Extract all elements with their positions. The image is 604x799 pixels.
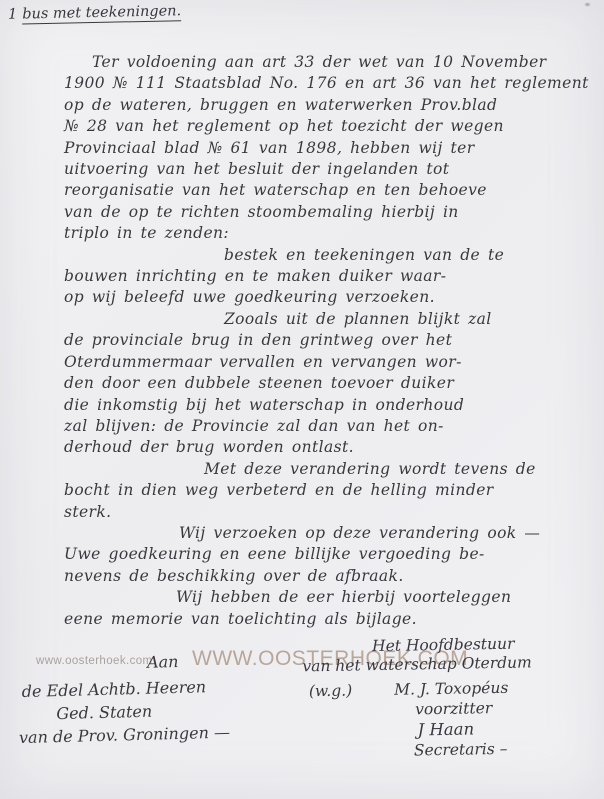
handwritten-line: Wij verzoeken op deze verandering ook —: [64, 523, 592, 544]
handwritten-line: Met deze verandering wordt tevens de: [64, 459, 592, 480]
signature-row: (w.g.) M. J. Toxopéus: [295, 677, 585, 700]
handwritten-line: Zooals uit de plannen blijkt zal: [64, 309, 592, 330]
closing-sender-line: Het Hoofdbestuur: [372, 633, 584, 655]
closing-signature-block: Het Hoofdbestuur van het waterschap Oter…: [294, 633, 586, 761]
handwritten-line: sterk.: [64, 502, 592, 523]
addressee-line: van de Prov. Groningen —: [19, 722, 259, 747]
handwritten-line: op de wateren, bruggen en waterwerken Pr…: [64, 95, 592, 116]
handwritten-line: eene memorie van toelichting als bijlage…: [64, 609, 592, 630]
handwritten-line: zal blijven: de Provincie zal dan van he…: [64, 416, 592, 437]
secretary-signature: J Haan: [417, 717, 585, 739]
handwritten-line: 1900 № 111 Staatsblad No. 176 en art 36 …: [64, 73, 592, 94]
handwritten-line: Provinciaal blad № 61 van 1898, hebben w…: [64, 138, 592, 159]
addressee-line: de Edel Achtb. Heeren: [22, 676, 258, 701]
handwritten-line: bouwen inrichting en te maken duiker waa…: [64, 266, 592, 287]
handwritten-line: bestek en teekeningen van de te: [64, 245, 592, 266]
scanned-letter-page: 1bus met teekeningen. Ter voldoening aan…: [0, 0, 604, 799]
addressee-line: Aan: [147, 650, 257, 672]
handwritten-line: den door een dubbele steenen toevoer dui…: [64, 373, 592, 394]
copy-count: 1: [8, 7, 18, 23]
handwritten-line: de provinciale brug in den grintweg over…: [64, 330, 592, 351]
handwritten-line: nevens de beschikking over de afbraak.: [64, 566, 592, 587]
handwritten-line: bocht in dien weg verbeterd en de hellin…: [64, 480, 592, 501]
handwritten-line: Uwe goedkeuring en eene billijke vergoed…: [64, 544, 592, 565]
chairman-signature: M. J. Toxopéus: [394, 679, 508, 699]
closing-sender-line: van het waterschap Oterdum: [302, 652, 584, 675]
handwritten-line: uitvoering van het besluit der ingelande…: [64, 159, 592, 180]
handwritten-line: № 28 van het reglement op het toezicht d…: [64, 116, 592, 137]
letter-body: Ter voldoening aan art 33 der wet van 10…: [64, 52, 592, 630]
handwritten-line: Ter voldoening aan art 33 der wet van 10…: [64, 52, 592, 73]
handwritten-line: derhoud der brug worden ontlast.: [64, 437, 592, 458]
handwritten-line: reorganisatie van het waterschap en ten …: [64, 180, 592, 201]
addressee-line: Ged. Staten: [56, 699, 258, 723]
handwritten-line: Oterdummermaar vervallen en vervangen wo…: [64, 352, 592, 373]
handwritten-line: triplo in te zenden:: [64, 223, 592, 244]
annotation-text: bus met teekeningen.: [22, 3, 181, 24]
handwritten-line: op wij beleefd uwe goedkeuring verzoeken…: [64, 287, 592, 308]
signed-abbreviation: (w.g.): [309, 682, 353, 701]
scan-smudge: [584, 2, 591, 7]
addressee-block: Aan de Edel Achtb. Heeren Ged. Staten va…: [17, 650, 259, 747]
chairman-title: voorzitter: [415, 697, 585, 718]
secretary-title: Secretaris –: [414, 738, 586, 759]
archive-annotation: 1bus met teekeningen.: [8, 3, 181, 23]
handwritten-line: die inkomstig bij het waterschap in onde…: [64, 395, 592, 416]
handwritten-line: van de op te richten stoombemaling hierb…: [64, 202, 592, 223]
handwritten-line: Wij hebben de eer hierbij voorteleggen: [64, 587, 592, 608]
